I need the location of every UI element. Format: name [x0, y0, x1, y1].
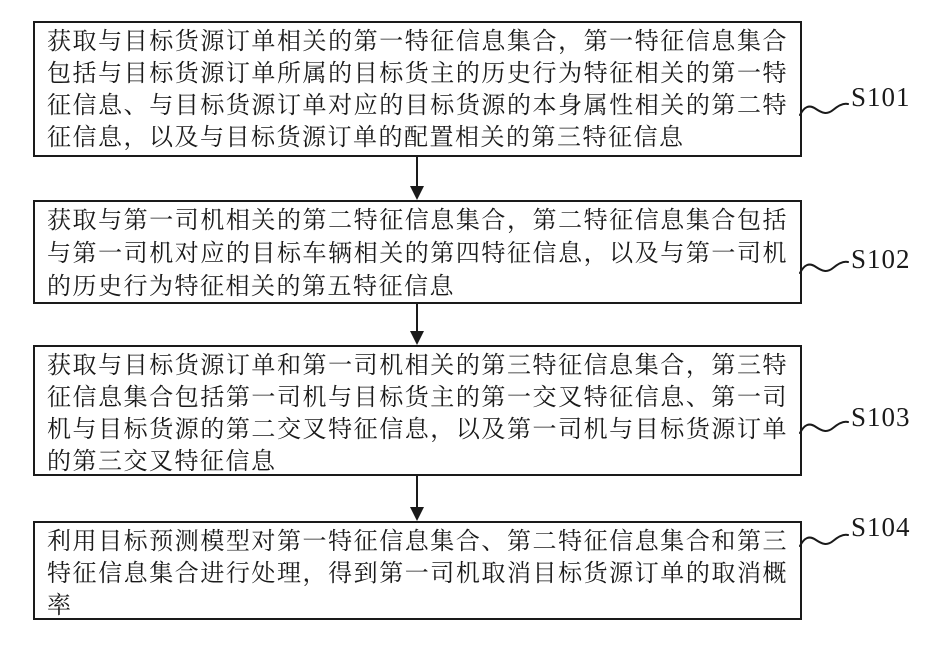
flow-step-text-2: 获取与第一司机相关的第二特征信息集合，第二特征信息集合包括与第一司机对应的目标车… — [47, 208, 788, 300]
flow-step-box-1: 获取与目标货源订单相关的第一特征信息集合，第一特征信息集合包括与目标货源订单所属… — [33, 21, 802, 157]
arrow-shaft — [416, 304, 418, 331]
flow-step-box-4: 利用目标预测模型对第一特征信息集合、第二特征信息集合和第三特征信息集合进行处理，… — [33, 521, 802, 620]
lead-line-squiggle-icon-1 — [799, 98, 849, 120]
down-arrow-icon-3 — [409, 476, 425, 521]
lead-line-squiggle-icon-3 — [799, 416, 849, 438]
flow-step-text-4: 利用目标预测模型对第一特征信息集合、第二特征信息集合和第三特征信息集合进行处理，… — [47, 529, 788, 619]
flowchart-figure: 获取与目标货源订单相关的第一特征信息集合，第一特征信息集合包括与目标货源订单所属… — [0, 0, 928, 657]
step-label-s103: S103 — [851, 402, 911, 433]
flow-step-box-2: 获取与第一司机相关的第二特征信息集合，第二特征信息集合包括与第一司机对应的目标车… — [33, 200, 802, 304]
arrow-shaft — [416, 476, 418, 507]
down-arrow-icon-2 — [409, 304, 425, 345]
flow-step-text-3: 获取与目标货源订单和第一司机相关的第三特征信息集合，第三特征信息集合包括第一司机… — [47, 353, 788, 475]
lead-line-squiggle-icon-4 — [799, 528, 849, 550]
step-label-s102: S102 — [851, 244, 911, 275]
arrow-head — [410, 186, 424, 200]
step-label-s101: S101 — [851, 82, 911, 113]
arrow-shaft — [416, 157, 418, 186]
flow-step-box-3: 获取与目标货源订单和第一司机相关的第三特征信息集合，第三特征信息集合包括第一司机… — [33, 345, 802, 476]
step-label-s104: S104 — [851, 512, 911, 543]
flow-step-text-1: 获取与目标货源订单相关的第一特征信息集合，第一特征信息集合包括与目标货源订单所属… — [47, 29, 788, 151]
arrow-head — [410, 331, 424, 345]
arrow-head — [410, 507, 424, 521]
down-arrow-icon-1 — [409, 157, 425, 200]
lead-line-squiggle-icon-2 — [799, 256, 849, 278]
